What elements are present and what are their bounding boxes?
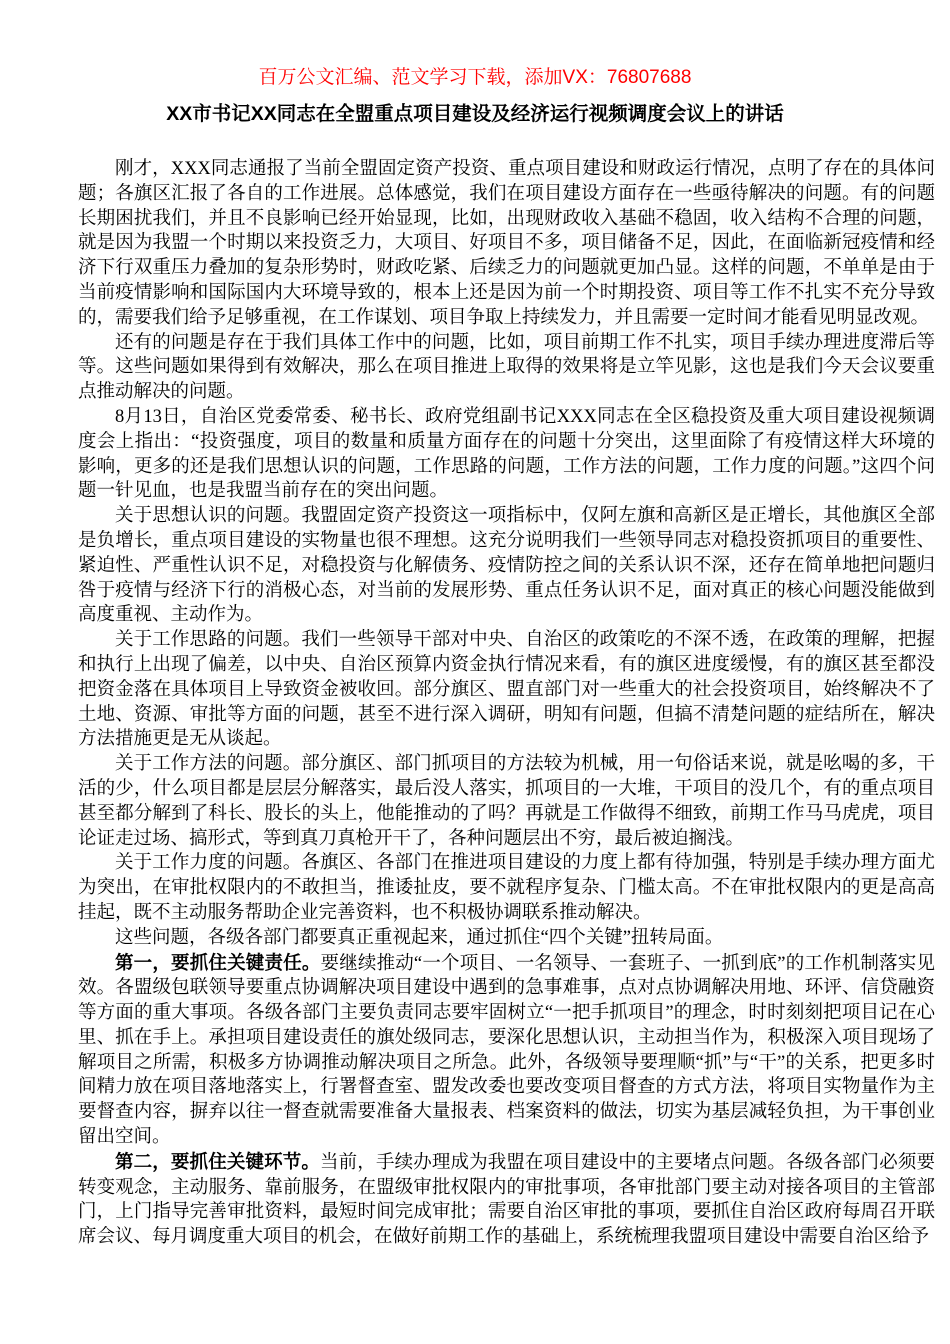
paragraph-text: 关于工作思路的问题。我们一些领导干部对中央、自治区的政策吃的不深不透，在政策的理… <box>78 630 935 749</box>
paragraph: 关于工作方法的问题。部分旗区、部门抓项目的方法较为机械，用一句俗话来说，就是吆喝… <box>78 752 935 851</box>
document-page: 百万公文汇编、范文学习下载，添加VX：76807688 XX市书记XX同志在全盟… <box>0 0 950 1344</box>
paragraph-text: 要继续推动“一个项目、一名领导、一套班子、一抓到底”的工作机制落实见效。各盟级包… <box>78 954 935 1148</box>
paragraph: 这些问题，各级各部门都要真正重视起来，通过抓住“四个关键”扭转局面。 <box>78 926 935 951</box>
paragraph-text: 关于工作力度的问题。各旗区、各部门在推进项目建设的力度上都有待加强，特别是手续办… <box>78 853 935 923</box>
paragraph-lead: 第一，要抓住关键责任。 <box>115 952 321 973</box>
paragraph-text: 还有的问题是存在于我们具体工作中的问题，比如，项目前期工作不扎实，项目手续办理进… <box>78 333 935 403</box>
paragraph: 第一，要抓住关键责任。要继续推动“一个项目、一名领导、一套班子、一抓到底”的工作… <box>78 951 935 1150</box>
paragraph-text: 这些问题，各级各部门都要真正重视起来，通过抓住“四个关键”扭转局面。 <box>115 928 723 948</box>
paragraph-text: 8月13日，自治区党委常委、秘书长、政府党组副书记XXX同志在全区稳投资及重大项… <box>78 407 935 501</box>
paragraph: 关于工作力度的问题。各旗区、各部门在推进项目建设的力度上都有待加强，特别是手续办… <box>78 851 935 925</box>
paragraph: 8月13日，自治区党委常委、秘书长、政府党组副书记XXX同志在全区稳投资及重大项… <box>78 405 935 504</box>
paragraph-text: 刚才，XXX同志通报了当前全盟固定资产投资、重点项目建设和财政运行情况，点明了存… <box>78 159 935 328</box>
document-body: 刚才，XXX同志通报了当前全盟固定资产投资、重点项目建设和财政运行情况，点明了存… <box>78 157 935 1250</box>
document-title: XX市书记XX同志在全盟重点项目建设及经济运行视频调度会议上的讲话 <box>40 101 910 127</box>
promo-notice: 百万公文汇编、范文学习下载，添加VX：76807688 <box>0 66 950 90</box>
paragraph: 关于思想认识的问题。我盟固定资产投资这一项指标中，仅阿左旗和高新区是正增长，其他… <box>78 504 935 628</box>
paragraph: 刚才，XXX同志通报了当前全盟固定资产投资、重点项目建设和财政运行情况，点明了存… <box>78 157 935 331</box>
paragraph-lead: 第二，要抓住关键环节。 <box>115 1151 320 1172</box>
paragraph: 关于工作思路的问题。我们一些领导干部对中央、自治区的政策吃的不深不透，在政策的理… <box>78 628 935 752</box>
paragraph: 第二，要抓住关键环节。当前，手续办理成为我盟在项目建设中的主要堵点问题。各级各部… <box>78 1150 935 1250</box>
paragraph-text: 关于工作方法的问题。部分旗区、部门抓项目的方法较为机械，用一句俗话来说，就是吆喝… <box>78 754 935 848</box>
paragraph-text: 关于思想认识的问题。我盟固定资产投资这一项指标中，仅阿左旗和高新区是正增长，其他… <box>78 506 935 625</box>
paragraph: 还有的问题是存在于我们具体工作中的问题，比如，项目前期工作不扎实，项目手续办理进… <box>78 331 935 405</box>
